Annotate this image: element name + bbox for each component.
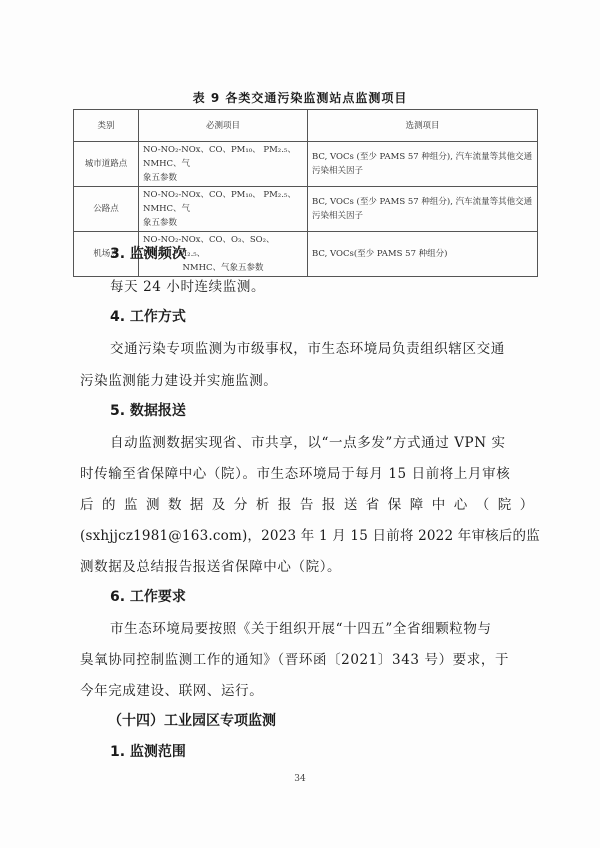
- section-heading-industrial-park: （十四）工业园区专项监测: [108, 710, 276, 730]
- section-heading-requirements: 6. 工作要求: [110, 586, 186, 606]
- cell-optional: BC, VOCs(至少 PAMS 57 种组分): [308, 232, 538, 277]
- char: 数: [168, 493, 182, 513]
- table-row: 公路点 NO-NO₂-NOx、CO、PM₁₀、 PM₂.₅、NMHC、气 象五参…: [74, 187, 538, 232]
- paragraph-line: 臭氧协同控制监测工作的通知》（晋环函〔2021〕343 号）要求，于: [80, 648, 509, 668]
- char: 监: [124, 493, 138, 513]
- char: 保: [388, 493, 402, 513]
- cell-required-line: 象五参数: [143, 216, 303, 230]
- cell-required: NO-NO₂-NOx、CO、PM₁₀、 PM₂.₅、NMHC、气 象五参数: [139, 142, 308, 187]
- header-optional: 选测项目: [308, 110, 538, 142]
- table-header-row: 类别 必测项目 选测项目: [74, 110, 538, 142]
- char: 告: [300, 493, 314, 513]
- cell-required-line: NO-NO₂-NOx、CO、PM₁₀、 PM₂.₅、NMHC、气: [143, 188, 303, 216]
- header-required: 必测项目: [139, 110, 308, 142]
- cell-optional: BC, VOCs (至少 PAMS 57 种组分), 汽车流量等其他交通 污染相…: [308, 142, 538, 187]
- document-page: 表 9 各类交通污染监测站点监测项目 类别 必测项目 选测项目 城市道路点 NO…: [0, 0, 600, 848]
- char: 测: [146, 493, 160, 513]
- table-row: 城市道路点 NO-NO₂-NOx、CO、PM₁₀、 PM₂.₅、NMHC、气 象…: [74, 142, 538, 187]
- cell-optional-line: BC, VOCs (至少 PAMS 57 种组分), 汽车流量等其他交通: [312, 150, 533, 164]
- char: 及: [212, 493, 226, 513]
- section-heading-method: 4. 工作方式: [110, 306, 186, 326]
- paragraph-line: 时传输至省保障中心（院）。市生态环境局于每月 15 日前将上月审核: [80, 462, 510, 482]
- section-heading-reporting: 5. 数据报送: [110, 400, 186, 420]
- cell-required-line: 象五参数: [143, 171, 303, 185]
- cell-optional-line: 污染相关因子: [312, 164, 533, 178]
- cell-required-line: NO-NO₂-NOx、CO、PM₁₀、 PM₂.₅、NMHC、气: [143, 143, 303, 171]
- paragraph-line: 交通污染专项监测为市级事权，市生态环境局负责组织辖区交通: [110, 337, 505, 357]
- char: 省: [366, 493, 380, 513]
- char: 院: [498, 493, 512, 513]
- cell-optional-line: BC, VOCs(至少 PAMS 57 种组分): [312, 247, 533, 261]
- char: 分: [234, 493, 248, 513]
- char: 障: [410, 493, 424, 513]
- cell-optional: BC, VOCs (至少 PAMS 57 种组分), 汽车流量等其他交通 污染相…: [308, 187, 538, 232]
- page-number: 34: [0, 774, 600, 784]
- cell-optional-line: 污染相关因子: [312, 209, 533, 223]
- paragraph-line: (sxhjjcz1981@163.com)，2023 年 1 月 15 日前将 …: [80, 524, 540, 544]
- char: 报: [278, 493, 292, 513]
- paragraph-line: 今年完成建设、联网、运行。: [80, 679, 263, 699]
- paragraph-line: 自动监测数据实现省、市共享，以“一点多发”方式通过 VPN 实: [110, 431, 506, 451]
- cell-optional-line: BC, VOCs (至少 PAMS 57 种组分), 汽车流量等其他交通: [312, 195, 533, 209]
- cell-category: 公路点: [74, 187, 139, 232]
- char: 析: [256, 493, 270, 513]
- cell-required-line: NMHC、气象五参数: [143, 261, 303, 275]
- cell-required: NO-NO₂-NOx、CO、PM₁₀、 PM₂.₅、NMHC、气 象五参数: [139, 187, 308, 232]
- header-category: 类别: [74, 110, 139, 142]
- char: （: [476, 493, 490, 513]
- paragraph-line: 测数据及总结报告报送省保障中心（院）。: [80, 555, 341, 575]
- char: 心: [454, 493, 468, 513]
- char: 报: [322, 493, 336, 513]
- char: 据: [190, 493, 204, 513]
- char: 送: [344, 493, 358, 513]
- paragraph-line-justified: 后 的 监 测 数 据 及 分 析 报 告 报 送 省 保 障 中 心 （ 院 …: [80, 493, 534, 513]
- char: 中: [432, 493, 446, 513]
- cell-category: 城市道路点: [74, 142, 139, 187]
- paragraph-line: 每天 24 小时连续监测。: [110, 275, 265, 295]
- paragraph-line: 污染监测能力建设并实施监测。: [80, 369, 277, 389]
- paragraph-line: 市生态环境局要按照《关于组织开展“十四五”全省细颗粒物与: [110, 617, 492, 637]
- section-heading-frequency: 3. 监测频次: [110, 243, 186, 263]
- table-caption: 表 9 各类交通污染监测站点监测项目: [0, 89, 600, 106]
- char: 的: [102, 493, 116, 513]
- char: ）: [520, 493, 534, 513]
- section-heading-scope: 1. 监测范围: [110, 741, 186, 761]
- char: 后: [80, 493, 94, 513]
